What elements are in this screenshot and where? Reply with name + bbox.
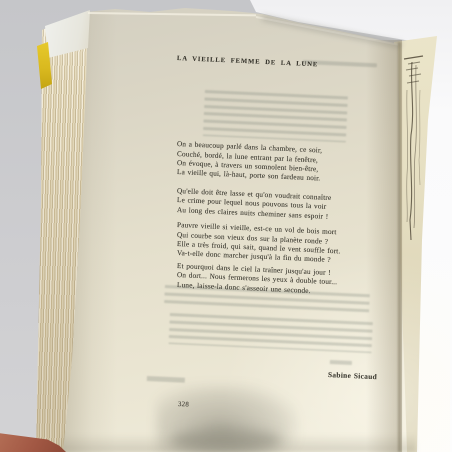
gutter-crease bbox=[398, 42, 401, 452]
open-book-photo: LA VIEILLE FEMME DE LA LUNE On a beaucou… bbox=[0, 0, 452, 452]
hand-shadow bbox=[170, 428, 282, 452]
illustration-sketch bbox=[398, 50, 432, 250]
show-through-text bbox=[203, 90, 348, 142]
gutter-shadow bbox=[366, 40, 402, 452]
